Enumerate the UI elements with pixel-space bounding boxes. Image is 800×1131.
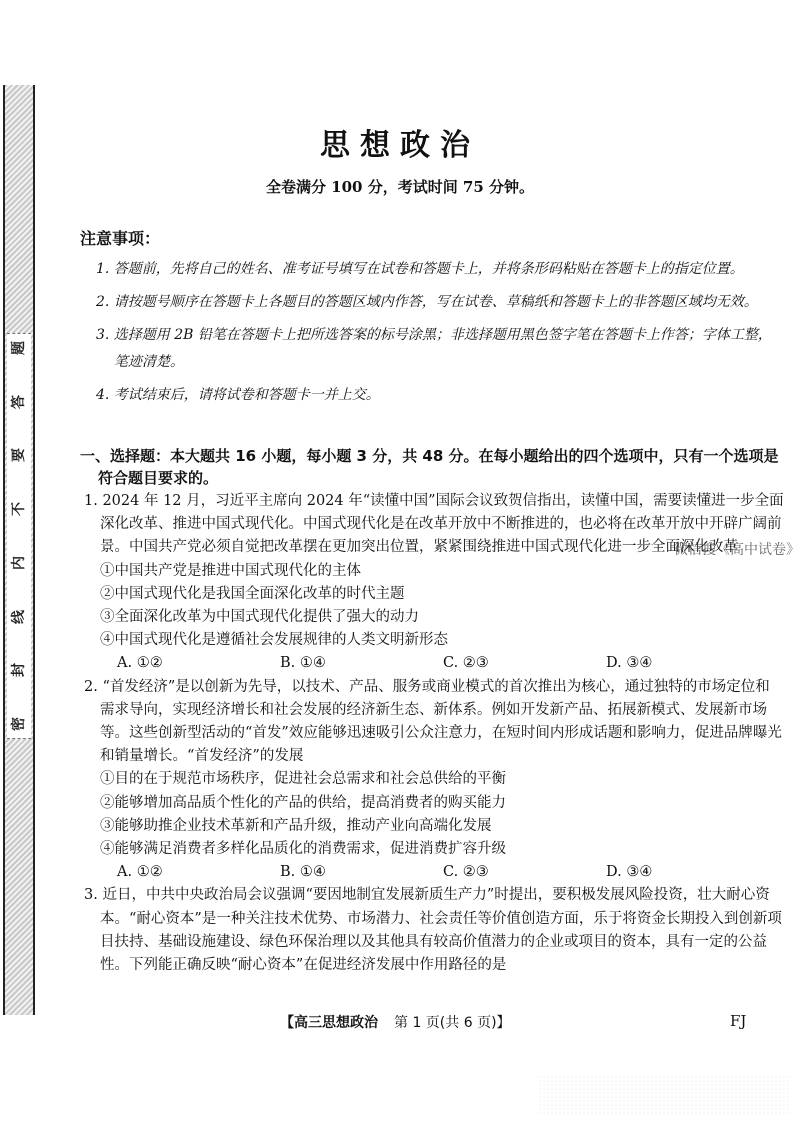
answer-options: A. ①② B. ①④ C. ②③ D. ③④	[84, 652, 784, 675]
strip-char: 要	[11, 448, 27, 462]
question-3: 3. 近日，中共中央政治局会议强调“要因地制宜发展新质生产力”时提出，要积极发展…	[84, 884, 784, 977]
option-b: B. ①④	[280, 861, 443, 884]
answer-options: A. ①② B. ①④ C. ②③ D. ③④	[84, 861, 784, 884]
notes-list: 1. 答题前，先将自己的姓名、准考证号填写在试卷和答题卡上，并将条形码粘贴在答题…	[96, 256, 776, 415]
section-heading: 一、选择题：本大题共 16 小题，每小题 3 分，共 48 分。在每小题给出的四…	[80, 445, 780, 489]
exam-info: 全卷满分 100 分，考试时间 75 分钟。	[0, 176, 800, 197]
statement: ①目的在于规范市场秩序，促进社会总需求和社会总供给的平衡	[84, 768, 784, 791]
binding-strip: 密 封 线 内 不 要 答 题	[3, 85, 35, 1015]
note-item: 2. 请按题号顺序在答题卡上各题目的答题区域内作答，写在试卷、草稿纸和答题卡上的…	[96, 289, 776, 316]
question-2: 2. “首发经济”是以创新为先导，以技术、产品、服务或商业模式的首次推出为核心，…	[84, 676, 784, 885]
question-stem: 3. 近日，中共中央政治局会议强调“要因地制宜发展新质生产力”时提出，要积极发展…	[84, 884, 784, 977]
page-footer: 【高三思想政治第 1 页(共 6 页)】	[280, 1012, 511, 1032]
statement: ④能够满足消费者多样化品质化的消费需求，促进消费扩容升级	[84, 838, 784, 861]
option-c: C. ②③	[443, 861, 606, 884]
note-item: 4. 考试结束后，请将试卷和答题卡一并上交。	[96, 382, 776, 409]
option-a: A. ①②	[117, 652, 280, 675]
strip-char: 不	[11, 502, 27, 516]
strip-char: 密	[11, 717, 27, 731]
paper-code: FJ	[730, 1012, 746, 1030]
note-item: 3. 选择题用 2B 铅笔在答题卡上把所选答案的标号涂黑；非选择题用黑色签字笔在…	[96, 322, 776, 376]
strip-char: 内	[11, 556, 27, 570]
option-a: A. ①②	[117, 861, 280, 884]
watermark: 微信搜《高中试卷》公众号	[690, 539, 800, 562]
statement: ②中国式现代化是我国全面深化改革的时代主题	[84, 583, 784, 606]
questions: 1. 2024 年 12 月，习近平主席向 2024 年“读懂中国”国际会议致贺…	[84, 490, 784, 977]
question-1: 1. 2024 年 12 月，习近平主席向 2024 年“读懂中国”国际会议致贺…	[84, 490, 784, 676]
notes-heading: 注意事项：	[80, 226, 160, 249]
footer-subject: 【高三思想政治	[280, 1015, 378, 1031]
statement: ③能够助推企业技术革新和产品升级，推动产业向高端化发展	[84, 815, 784, 838]
statement: ④中国式现代化是遵循社会发展规律的人类文明新形态	[84, 629, 784, 652]
statement: ③全面深化改革为中国式现代化提供了强大的动力	[84, 606, 784, 629]
strip-char: 题	[11, 341, 27, 355]
option-b: B. ①④	[280, 652, 443, 675]
page-title: 思想政治	[0, 120, 800, 164]
statement: ②能够增加高品质个性化的产品的供给，提高消费者的购买能力	[84, 792, 784, 815]
option-d: D. ③④	[606, 861, 769, 884]
binding-strip-label: 密 封 线 内 不 要 答 题	[7, 333, 31, 739]
footer-page-number: 第 1 页(共 6 页)】	[394, 1015, 511, 1031]
strip-char: 线	[11, 610, 27, 624]
strip-char: 答	[11, 395, 27, 409]
question-stem: 2. “首发经济”是以创新为先导，以技术、产品、服务或商业模式的首次推出为核心，…	[84, 676, 784, 769]
note-item: 1. 答题前，先将自己的姓名、准考证号填写在试卷和答题卡上，并将条形码粘贴在答题…	[96, 256, 776, 283]
option-c: C. ②③	[443, 652, 606, 675]
faint-dot-pattern	[538, 1075, 790, 1115]
strip-char: 封	[11, 663, 27, 677]
option-d: D. ③④	[606, 652, 769, 675]
question-stem: 1. 2024 年 12 月，习近平主席向 2024 年“读懂中国”国际会议致贺…	[84, 490, 784, 560]
statement: ①中国共产党是推进中国式现代化的主体	[84, 560, 784, 583]
